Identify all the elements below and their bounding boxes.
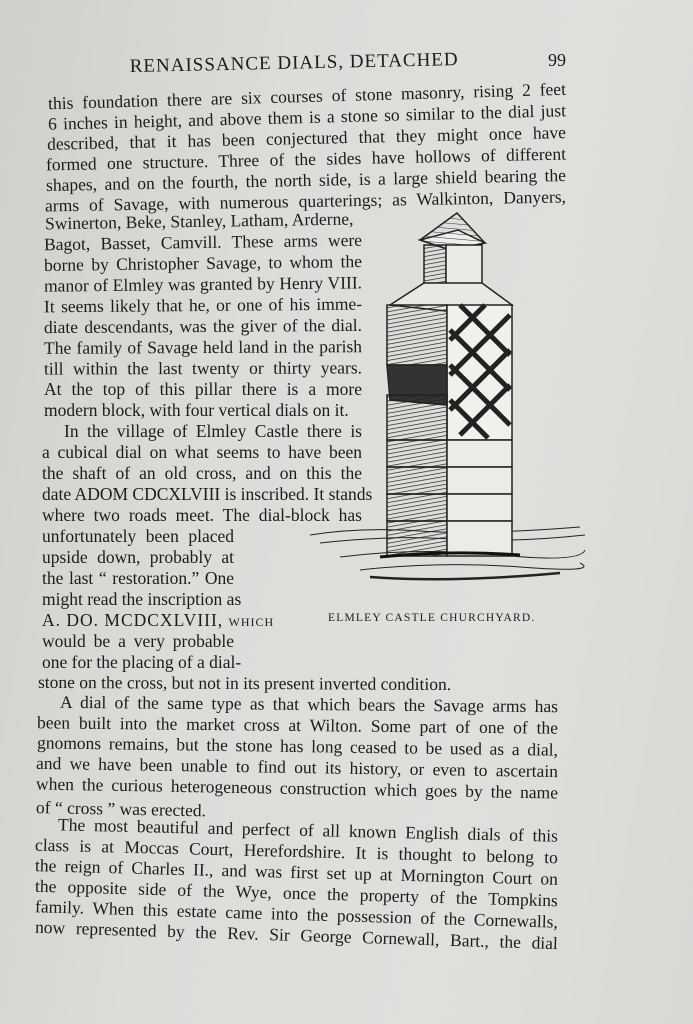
body-line: would be a very probable: [42, 631, 234, 651]
body-line: one for the placing of a dial-: [42, 652, 234, 672]
running-title: RENAISSANCE DIALS, DETACHED: [130, 47, 570, 78]
body-line: might read the inscription as: [42, 589, 234, 609]
figure-caption: ELMLEY CASTLE CHURCHYARD.: [328, 612, 536, 624]
body-line: the last “ restoration.” One: [42, 568, 234, 588]
body-line: stone on the cross, but not in its prese…: [38, 672, 468, 694]
body-line: upside down, probably at: [42, 547, 234, 567]
book-page: RENAISSANCE DIALS, DETACHED 99 this foun…: [0, 0, 693, 1024]
body-line: A. DO. MCDCXLVIII, which: [42, 610, 234, 630]
body-line: modern block, with four vertical dials o…: [44, 400, 344, 420]
sundial-pillar-illustration: [300, 205, 590, 600]
page-number: 99: [548, 50, 566, 71]
body-line: unfortunately been placed: [42, 526, 234, 546]
